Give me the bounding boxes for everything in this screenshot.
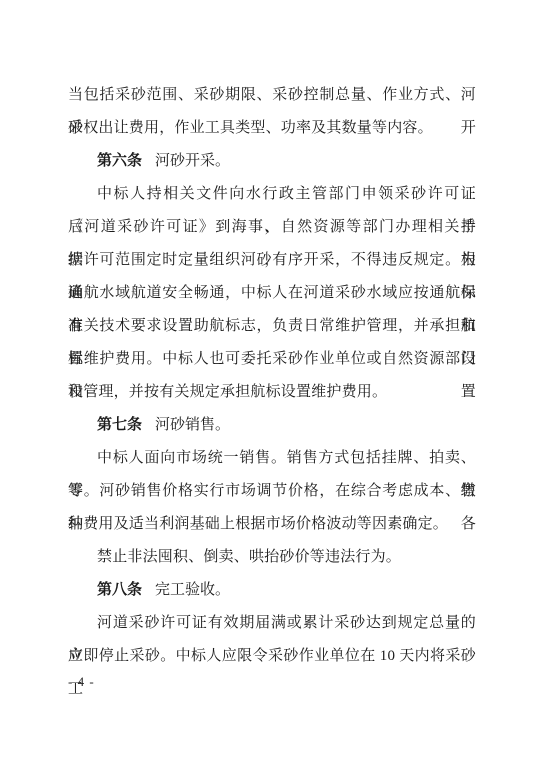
document-page: 当包括采砂范围、采砂期限、采砂控制总量、作业方式、河砂开采权出让费用，作业工具类… xyxy=(0,0,543,762)
text-line: 等。河砂销售价格实行市场调节价格，在综合考虑成本、缴纳各 xyxy=(68,475,476,508)
text-line: 禁止非法囤积、倒卖、哄抬砂价等违法行为。 xyxy=(68,541,476,574)
article-number: 第八条 xyxy=(97,582,142,598)
text-line: 通航水域航道安全畅通，中标人在河道采砂水域应按通航标准和 xyxy=(68,277,476,310)
article-title: 河砂开采。 xyxy=(155,153,230,169)
text-line: 种费用及适当利润基础上根据市场价格波动等因素确定。 xyxy=(68,508,476,541)
article-heading: 第七条河砂销售。 xyxy=(68,409,476,442)
article-number: 第七条 xyxy=(97,417,142,433)
page-number: - 4 - xyxy=(68,674,95,690)
text-line: 有关技术要求设置助航标志，负责日常维护管理，并承担航标设 xyxy=(68,310,476,343)
article-heading: 第六条河砂开采。 xyxy=(68,145,476,178)
document-body: 当包括采砂范围、采砂期限、采砂控制总量、作业方式、河砂开采权出让费用，作业工具类… xyxy=(68,79,476,673)
text-line: 中标人持相关文件向水行政主管部门申领采砂许可证后，持 xyxy=(68,178,476,211)
article-heading: 第八条完工验收。 xyxy=(68,574,476,607)
text-line: 置维护费用。中标人也可委托采砂作业单位或自然资源部门设置 xyxy=(68,343,476,376)
article-number: 第六条 xyxy=(97,153,142,169)
text-line: 河道采砂许可证有效期届满或累计采砂达到规定总量的应 xyxy=(68,607,476,640)
article-title: 完工验收。 xyxy=(155,582,230,598)
text-line: 立即停止采砂。中标人应限令采砂作业单位在 10 天内将采砂工 xyxy=(68,640,476,673)
text-line: 据许可范围定时定量组织河砂有序开采，不得违反规定。为确保 xyxy=(68,244,476,277)
article-title: 河砂销售。 xyxy=(155,417,230,433)
text-line: 采权出让费用，作业工具类型、功率及其数量等内容。 xyxy=(68,112,476,145)
text-line: 《河道采砂许可证》到海事、自然资源等部门办理相关手续，根 xyxy=(68,211,476,244)
text-line: 当包括采砂范围、采砂期限、采砂控制总量、作业方式、河砂开 xyxy=(68,79,476,112)
text-line: 中标人面向市场统一销售。销售方式包括挂牌、拍卖、零售 xyxy=(68,442,476,475)
